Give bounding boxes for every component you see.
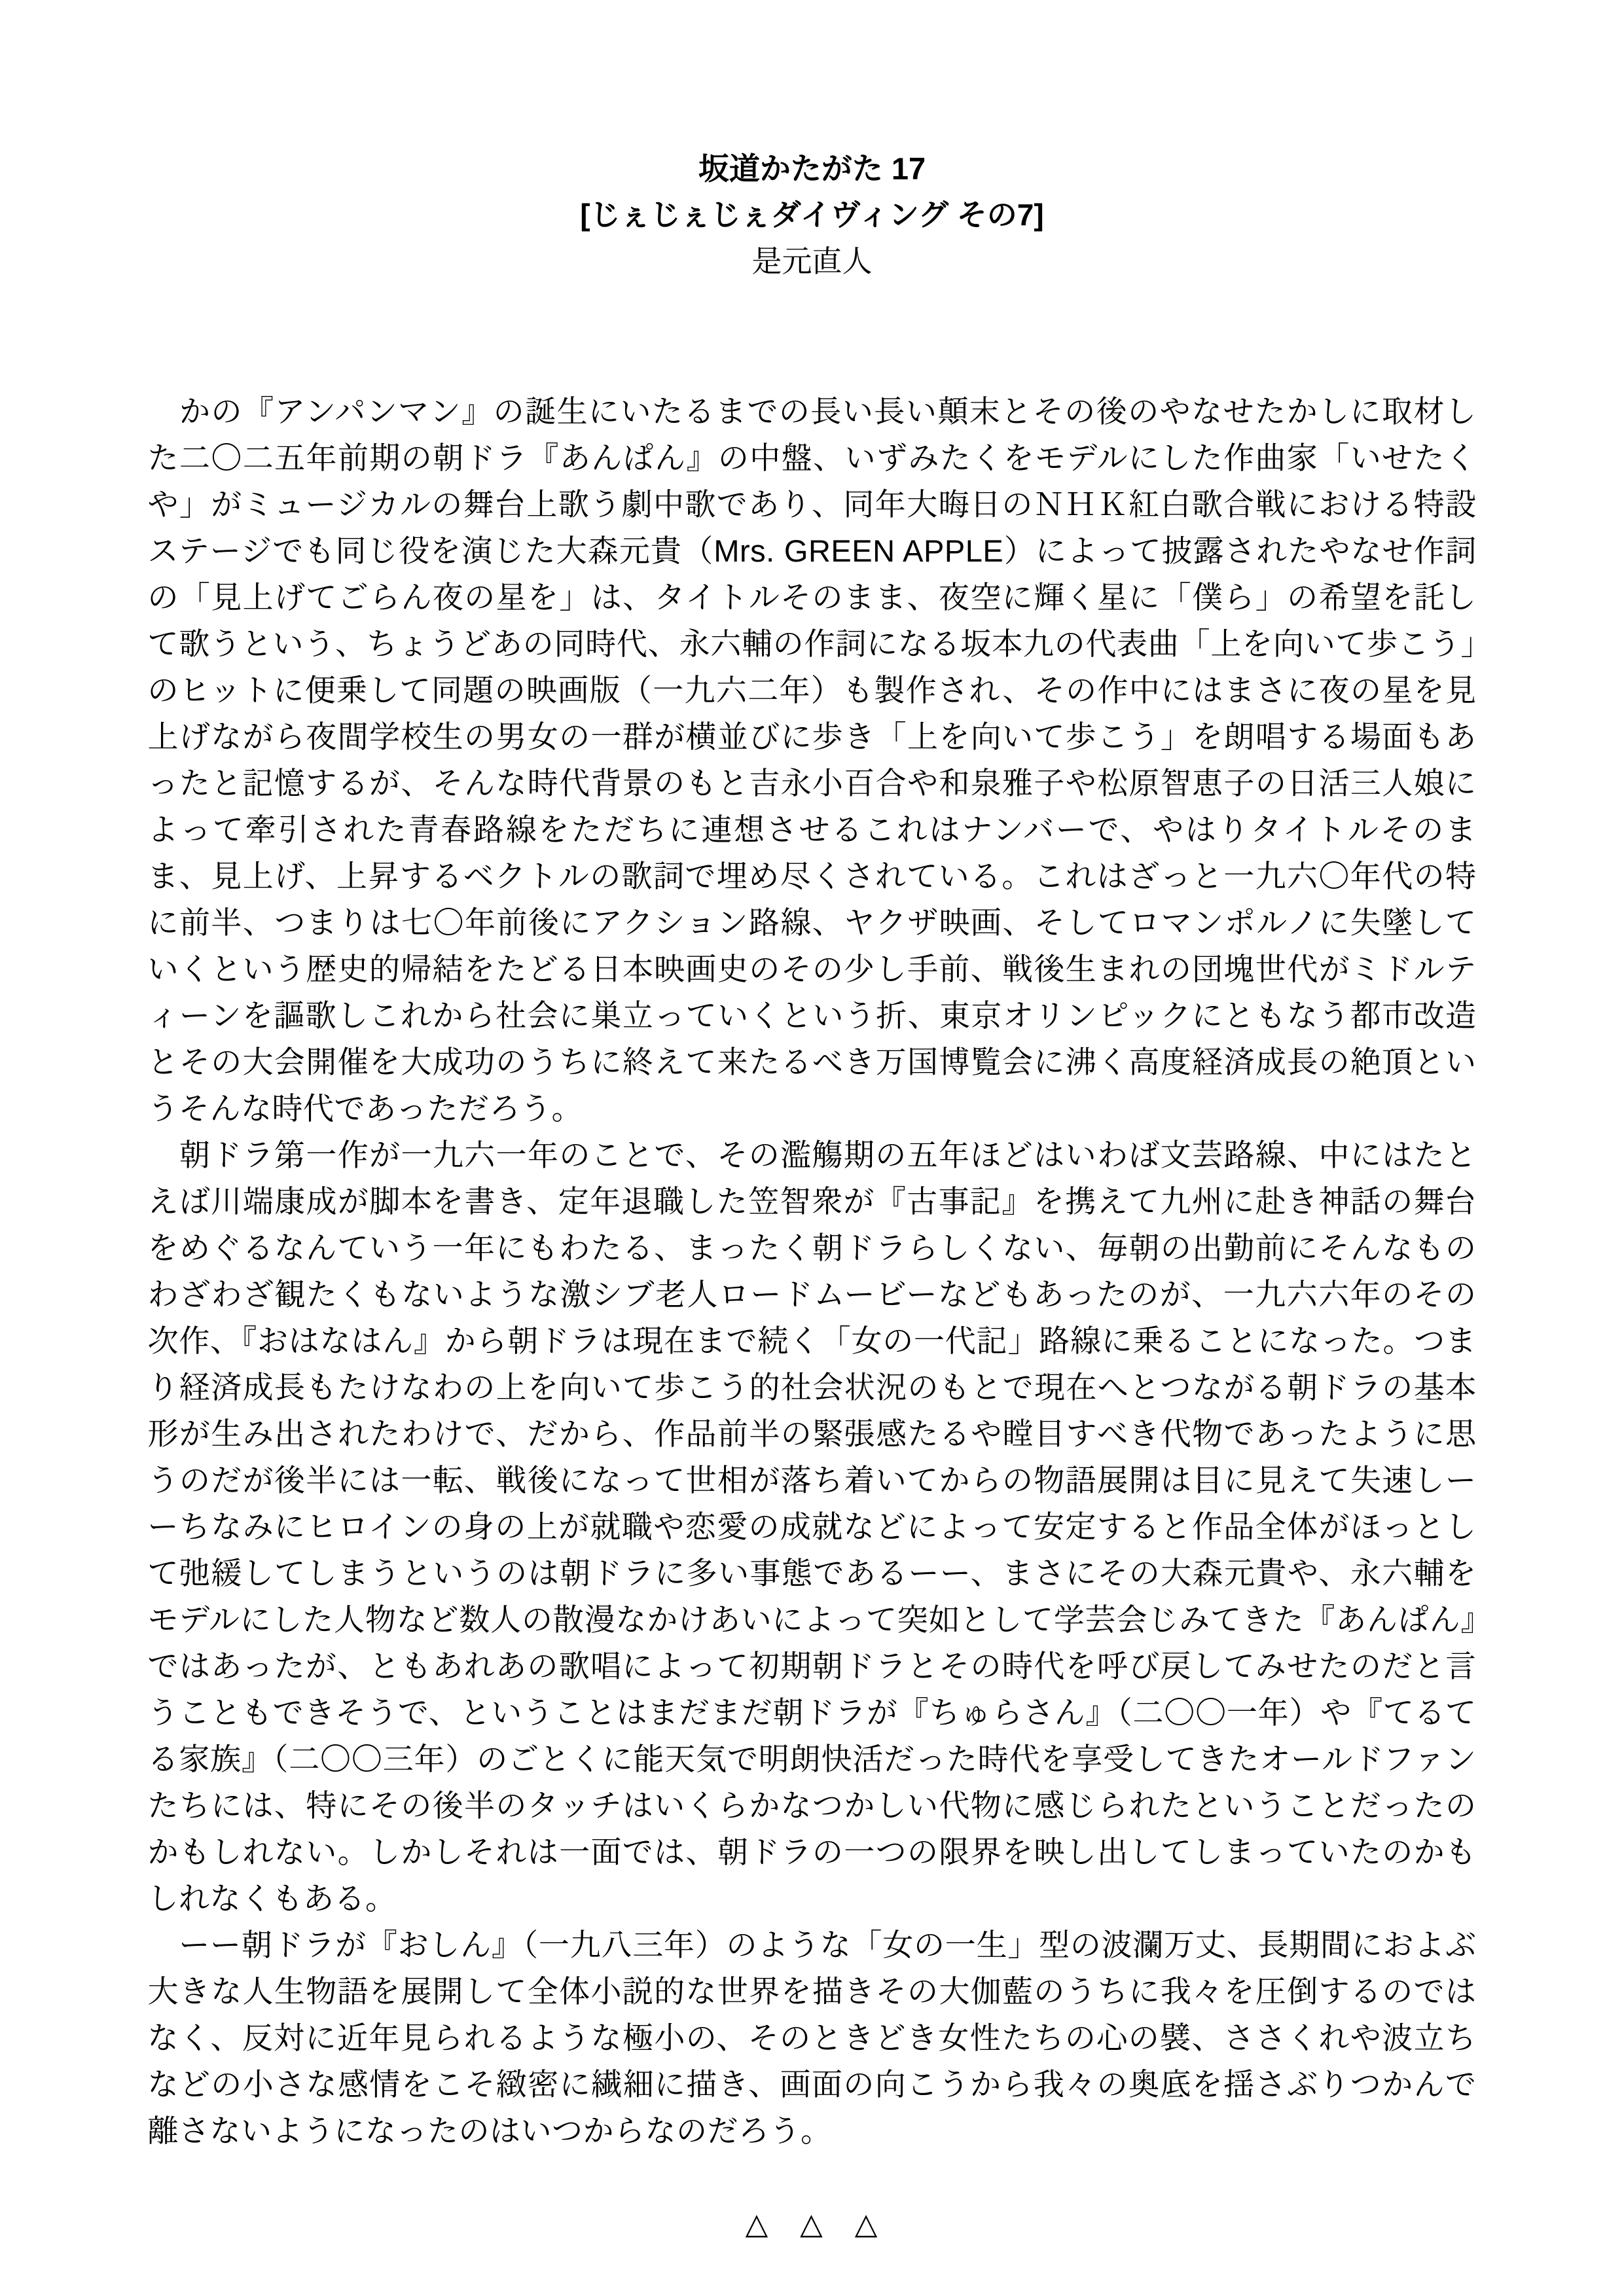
document-title: 坂道かたがた 17 [148,145,1477,192]
document-content: 坂道かたがた 17 [じぇじぇじぇダイヴィング その7] 是元直人 かの『アンパ… [148,145,1477,2247]
paragraph-3: ーー朝ドラが『おしん』（一九八三年）のような「女の一生」型の波瀾万丈、長期間にお… [148,1922,1477,2154]
paragraph-1: かの『アンパンマン』の誕生にいたるまでの長い長い顛末とその後のやなせたかしに取材… [148,388,1477,1132]
document-page: 坂道かたがた 17 [じぇじぇじぇダイヴィング その7] 是元直人 かの『アンパ… [0,0,1624,2296]
document-header: 坂道かたがた 17 [じぇじぇじぇダイヴィング その7] 是元直人 [148,145,1477,285]
paragraph-2: 朝ドラ第一作が一九六一年のことで、その濫觴期の五年ほどはいわば文芸路線、中にはた… [148,1132,1477,1922]
document-subtitle: [じぇじぇじぇダイヴィング その7] [148,192,1477,238]
section-end-triangles: △ △ △ [148,2200,1477,2247]
document-author: 是元直人 [148,238,1477,285]
document-body: かの『アンパンマン』の誕生にいたるまでの長い長い顛末とその後のやなせたかしに取材… [148,388,1477,2154]
